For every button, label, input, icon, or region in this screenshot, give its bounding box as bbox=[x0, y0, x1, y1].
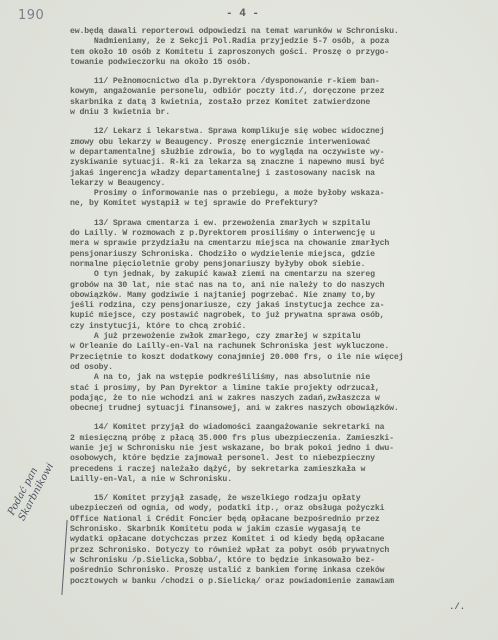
text-line: grobów na 30 lat, nie stać nas na to, an… bbox=[70, 281, 490, 291]
text-line: zyskiwanie sytuacji. R-ki za lekarza są … bbox=[70, 158, 490, 168]
text-line: towanie podwieczorku na około 15 osób. bbox=[70, 58, 490, 68]
text-line: do Lailly. W rozmowach z p.Dyrektorem pr… bbox=[70, 229, 490, 239]
text-line: kupić miejsce, czy postawić nagrobek, to… bbox=[70, 311, 490, 321]
paragraph-item-12: 12/ Lekarz i lekarstwa. Sprawa komplikuj… bbox=[70, 127, 490, 209]
text-line: w Schronisku /p.Sielicka,Sobba/, które t… bbox=[70, 556, 490, 566]
paragraph-item-11: 11/ Pełnomocnictwo dla p.Dyrektora /dysp… bbox=[70, 77, 490, 118]
margin-annotation-line bbox=[61, 520, 67, 595]
text-line: 13/ Sprawa cmentarza i ew. przewożenia z… bbox=[70, 219, 490, 229]
text-line: 15/ Komitet przyjął zasadę, że wszelkieg… bbox=[70, 494, 490, 504]
text-line: od osoby. bbox=[70, 363, 490, 373]
text-line: jeśli rodzina, czy pensjonariusze, czy j… bbox=[70, 301, 490, 311]
text-line: ubezpieczeń od ognia, od wody, podatki i… bbox=[70, 504, 490, 514]
text-line: obecnej trudnej sytuacji finansowej, ani… bbox=[70, 404, 490, 414]
text-line: A na to, jak na wstępie podkreśliliśmy, … bbox=[70, 373, 490, 383]
text-line: Schronisko. Skarbnik Komitetu poda w jak… bbox=[70, 525, 490, 535]
text-line: lekarzy w Beaugency. bbox=[70, 179, 490, 189]
text-line: Office National i Crédit Foncier będą op… bbox=[70, 515, 490, 525]
text-line: mera w sprawie przydziału na cmentarzu m… bbox=[70, 239, 490, 249]
text-line: ne, by Komitet wystąpił w tej sprawie do… bbox=[70, 199, 490, 209]
text-line: w dniu 3 kwietnia br. bbox=[70, 108, 490, 118]
text-line: obowiązków. Mamy godziwie i najtaniej po… bbox=[70, 291, 490, 301]
text-line: stać i prosimy, by Pan Dyrektor a limine… bbox=[70, 384, 490, 394]
text-line: O tyn jednak, by zakupić kawał ziemi na … bbox=[70, 270, 490, 280]
text-line: Nadmieniamy, że z Sekcji Pol.Radia przyj… bbox=[70, 37, 490, 47]
archive-number: 190 bbox=[18, 8, 44, 23]
text-line: ew.będą dawali reporterowi odpowiedzi na… bbox=[70, 27, 490, 37]
paragraph-item-13: 13/ Sprawa cmentarza i ew. przewożenia z… bbox=[70, 219, 490, 415]
document-page: 190 - 4 - ew.będą dawali reporterowi odp… bbox=[0, 0, 498, 640]
page-number: - 4 - bbox=[226, 8, 259, 20]
text-line: w Orleanie do Lailly-en-Val na rachunek … bbox=[70, 342, 490, 352]
text-line: 11/ Pełnomocnictwo dla p.Dyrektora /dysp… bbox=[70, 77, 490, 87]
text-line: wydatki opłacane dotychczas przez Komite… bbox=[70, 535, 490, 545]
text-line: normalne pięcioletnie groby pensjonarius… bbox=[70, 260, 490, 270]
text-line: 12/ Lekarz i lekarstwa. Sprawa komplikuj… bbox=[70, 127, 490, 137]
text-line: skarbnika z datą 3 kwietnia, zostało prz… bbox=[70, 98, 490, 108]
text-line: Przeciętnie to koszt dodatkowy conajmnie… bbox=[70, 353, 490, 363]
text-line: w departamentalnej służbie zdrowia, bo t… bbox=[70, 148, 490, 158]
paragraph-item-15: 15/ Komitet przyjął zasadę, że wszelkieg… bbox=[70, 494, 490, 587]
handwritten-margin-note: Podać pan Skarbnikowi bbox=[6, 456, 57, 523]
text-line: tem około 10 osób z Komitetu i zaproszon… bbox=[70, 48, 490, 58]
paragraph-intro: ew.będą dawali reporterowi odpowiedzi na… bbox=[70, 27, 490, 68]
text-line: 2 miesięczną próbę z płacą 35.000 frs pl… bbox=[70, 434, 490, 444]
text-line: pośrednio Schronisko. Proszę ustalić z b… bbox=[70, 566, 490, 576]
text-line: pensjonariuszy Schroniska. Chodziło o wy… bbox=[70, 250, 490, 260]
text-line: czy instytucji, które to chcą zrobić. bbox=[70, 322, 490, 332]
text-line: wanie jej w Schronisku nie jest wskazane… bbox=[70, 444, 490, 454]
continuation-mark: ./. bbox=[449, 602, 465, 612]
text-line: osobowych, które będzie zajmował persone… bbox=[70, 454, 490, 464]
text-line: podając, że to nie wchodzi ani w zakres … bbox=[70, 394, 490, 404]
text-line: zmowy obu lekarzy w Beaugency. Proszę en… bbox=[70, 138, 490, 148]
paragraph-item-14: 14/ Komitet przyjął do wiadomości zaanga… bbox=[70, 423, 490, 485]
text-line: jakaś ingerencja władzy departamentalnej… bbox=[70, 169, 490, 179]
text-line: Prosimy o informowanie nas o przebiegu, … bbox=[70, 189, 490, 199]
text-line: 14/ Komitet przyjął do wiadomości zaanga… bbox=[70, 423, 490, 433]
typewritten-body: ew.będą dawali reporterowi odpowiedzi na… bbox=[70, 27, 490, 596]
text-line: przez Schronisko. Dotyczy to również wpł… bbox=[70, 546, 490, 556]
text-line: precedens i raczej należało dążyć, by se… bbox=[70, 465, 490, 475]
text-line: kowym, angażowanie personelu, odbiór poc… bbox=[70, 87, 490, 97]
text-line: Lailly-en-Val, a nie w Schronisku. bbox=[70, 475, 490, 485]
text-line: pocztowych w banku /chodzi o p.Sielicką/… bbox=[70, 577, 490, 587]
text-line: A już przewożenie zwłok zmarłego, czy zm… bbox=[70, 332, 490, 342]
